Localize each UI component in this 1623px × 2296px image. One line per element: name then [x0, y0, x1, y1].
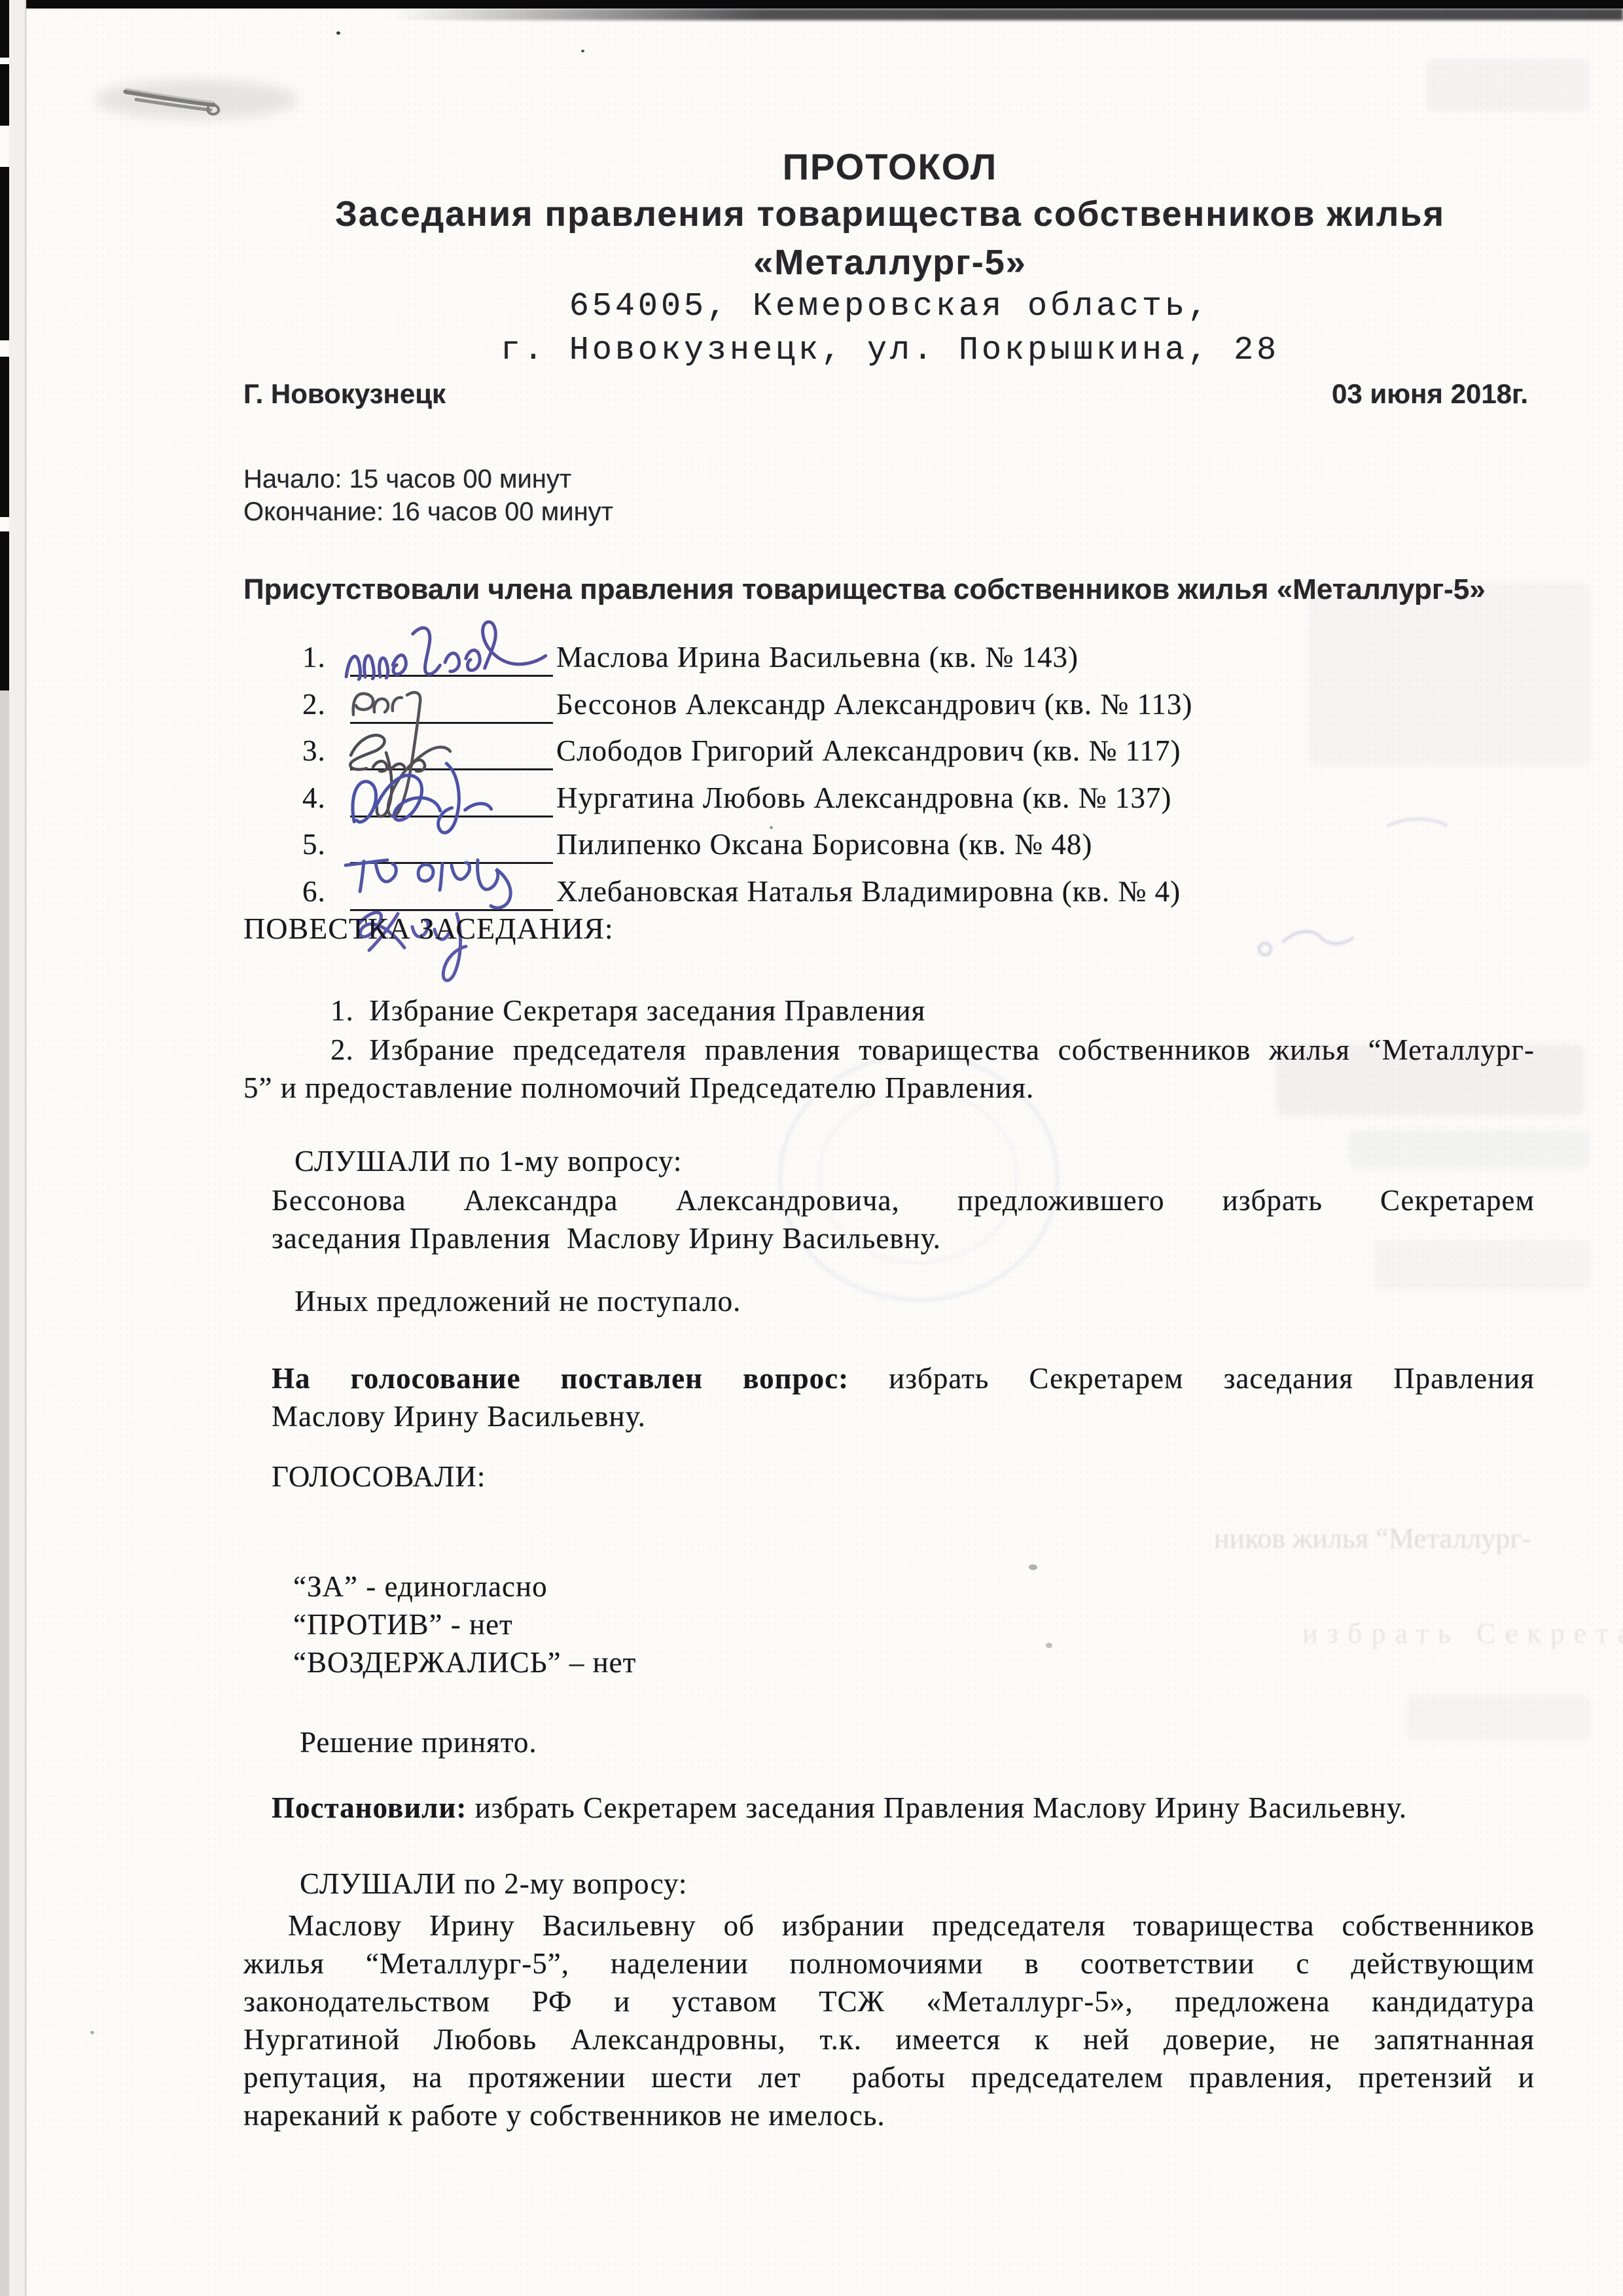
bleedthrough-mark [1374, 1240, 1590, 1289]
doc-city: Г. Новокузнецк [243, 378, 446, 410]
scan-left-border-seg [0, 0, 9, 58]
q1-decision: Решение принято. [300, 1725, 537, 1759]
agenda-heading: ПОВЕСТКА ЗАСЕДАНИЯ: [243, 911, 614, 946]
q1-no-other-proposals: Иных предложений не поступало. [294, 1284, 741, 1318]
scan-left-border-seg [0, 357, 9, 517]
page-edge-shadow [25, 0, 27, 2296]
q2-line-6: нареканий к работе у собственников не им… [243, 2098, 885, 2132]
signature-ink-4 [351, 762, 492, 836]
q1-speech-line-2: заседания Правления Маслову Ирину Василь… [272, 1221, 941, 1255]
attendee-number: 3. [302, 734, 326, 768]
q1-voting-heading: ГОЛОСОВАЛИ: [272, 1460, 486, 1494]
signature-line [350, 722, 553, 724]
q2-line-4: Нургатиной Любовь Александровны, т.к. им… [243, 2022, 1535, 2056]
scan-left-border-seg [0, 64, 9, 126]
dust-speck [1029, 1564, 1037, 1570]
q1-vote-question-line-2: Маслову Ирину Васильевну. [272, 1399, 646, 1433]
scan-left-border-seg [0, 167, 9, 340]
signature-line [350, 816, 553, 817]
signature-ink-1 [344, 619, 546, 680]
signature-ink-5 [346, 860, 510, 908]
scan-top-border [0, 0, 1623, 9]
q2-line-1: Маслову Ирину Васильевну об избрании пре… [288, 1909, 1535, 1943]
q1-resolution: Постановили: избрать Секретарем заседани… [272, 1791, 1407, 1825]
address-line-1: 654005, Кемеровская область, [236, 288, 1544, 325]
agenda-item-1: 1. Избрание Секретаря заседания Правлени… [330, 994, 925, 1028]
attendee-number: 2. [302, 687, 326, 721]
q2-line-2: жилья “Металлург-5”, наделении полномочи… [243, 1946, 1535, 1981]
q1-vote-against: “ПРОТИВ” - нет [293, 1607, 513, 1641]
q1-vote-question-label: На голосование поставлен вопрос: [272, 1362, 849, 1395]
q1-speech-line-1: Бессонова Александра Александровича, пре… [272, 1183, 1535, 1217]
scanned-document-page: ПРОТОКОЛ Заседания правления товариществ… [0, 0, 1623, 2296]
attendee-name: Хлебановская Наталья Владимировна (кв. №… [556, 874, 1181, 908]
doc-date: 03 июня 2018г. [1243, 378, 1528, 410]
signature-line [350, 675, 553, 677]
signature-ink-3 [350, 735, 425, 816]
scan-left-edge-gray [0, 691, 9, 2296]
q1-resolved-rest: избрать Секретарем заседания Правления М… [475, 1791, 1407, 1824]
bleedthrough-mark [1309, 583, 1590, 766]
attendee-number: 1. [302, 640, 326, 674]
attendee-name: Пилипенко Оксана Борисовна (кв. № 48) [556, 827, 1092, 861]
bleedthrough-mark [1427, 59, 1590, 111]
q2-heading: СЛУШАЛИ по 2-му вопросу: [300, 1867, 687, 1901]
scan-top-border-2 [393, 9, 1623, 20]
q1-heading: СЛУШАЛИ по 1-му вопросу: [294, 1144, 682, 1178]
org-name: «Металлург-5» [236, 242, 1544, 283]
dust-speck [1046, 1643, 1052, 1648]
attendee-number: 4. [302, 781, 326, 815]
attendee-name: Нургатина Любовь Александровна (кв. № 13… [556, 781, 1171, 815]
dust-speck [581, 50, 584, 52]
signature-line [350, 862, 553, 864]
attendee-name: Бессонов Александр Александрович (кв. № … [556, 687, 1192, 721]
agenda-item-2-line-2: 5” и предоставление полномочий Председат… [243, 1071, 1034, 1105]
agenda-item-2-line-1: 2. Избрание председателя правления товар… [330, 1033, 1535, 1067]
q1-vote-question-line-1: На голосование поставлен вопрос: избрать… [272, 1361, 1535, 1395]
meeting-time-end: Окончание: 16 часов 00 минут [243, 497, 613, 527]
q2-line-3: законодательством РФ и уставом ТСЖ «Мета… [243, 1984, 1535, 2018]
attendee-number: 6. [302, 874, 326, 908]
dust-speck [336, 31, 340, 35]
doc-subtitle: Заседания правления товарищества собстве… [236, 194, 1544, 234]
doc-title: ПРОТОКОЛ [236, 145, 1544, 188]
bleedthrough-ghost-line-2: избрать Секретарем [1302, 1617, 1623, 1650]
dust-speck [90, 2031, 94, 2034]
q2-line-5: репутация, на протяжении шести лет работ… [243, 2060, 1535, 2094]
signature-ink-2 [353, 692, 450, 816]
bleedthrough-mark [1348, 1129, 1590, 1168]
bleedthrough-ghost-line-1: ников жилья “Металлург- [1214, 1522, 1531, 1555]
attendee-number: 5. [302, 827, 326, 861]
bleedthrough-mark [1407, 1695, 1590, 1741]
q1-resolved-label: Постановили: [272, 1791, 467, 1824]
q1-vote-abstained: “ВОЗДЕРЖАЛИСЬ” – нет [293, 1645, 636, 1679]
scan-left-border-seg [0, 531, 9, 691]
q1-vote-for: “ЗА” - единогласно [293, 1570, 548, 1604]
attendee-name: Маслова Ирина Васильевна (кв. № 143) [556, 640, 1079, 674]
attendee-name: Слободов Григорий Александрович (кв. № 1… [556, 734, 1181, 768]
scan-left-gutter [9, 0, 26, 2296]
q1-vote-question-rest: избрать Секретарем заседания Правления [889, 1362, 1535, 1395]
meeting-time-start: Начало: 15 часов 00 минут [243, 465, 571, 494]
attendees-heading: Присутствовали члена правления товарищес… [243, 573, 1486, 606]
address-line-2: г. Новокузнецк, ул. Покрышкина, 28 [236, 332, 1544, 369]
signature-line [350, 768, 553, 770]
